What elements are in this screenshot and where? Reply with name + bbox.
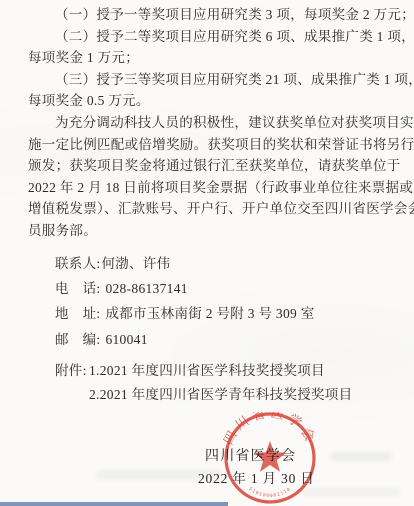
document-body: （一）授予一等奖项目应用研究类 3 项，每项奖金 2 万元； （二）授予二等奖项…	[28, 4, 390, 407]
body-line: 施一定比例匹配或倍增奖励。获奖项目的奖状和荣誉证书将另行	[28, 134, 390, 156]
document-page: （一）授予一等奖项目应用研究类 3 项，每项奖金 2 万元； （二）授予二等奖项…	[0, 0, 414, 506]
body-line: （一）授予一等奖项目应用研究类 3 项，每项奖金 2 万元；	[28, 4, 390, 26]
contact-row-address: 地 址:成都市玉林南街 2 号附 3 号 309 室	[55, 301, 390, 326]
contact-label: 联系人:	[55, 256, 100, 271]
body-line: 增值税发票）、汇款账号、开户行、开户单位交至四川省医学会会	[28, 198, 390, 220]
contact-block: 联系人:何渤、许伟 电 话:028-86137141 地 址:成都市玉林南街 2…	[55, 251, 390, 353]
seal-stamp: 四川省医学会 510100002110	[223, 412, 317, 506]
attachments-label: 附件:	[55, 359, 89, 383]
attachment-row: 附件: 1.2021 年度四川省医学科技奖授奖项目	[55, 359, 390, 383]
contact-label: 地 址:	[55, 306, 100, 321]
contact-row-person: 联系人:何渤、许伟	[55, 251, 390, 276]
bottom-edge-bar	[0, 502, 228, 506]
contact-label: 电 话:	[55, 281, 100, 296]
attachments-block: 附件: 1.2021 年度四川省医学科技奖授奖项目 2.2021 年度四川省医学…	[55, 359, 390, 407]
body-line: 每项奖金 0.5 万元。	[28, 90, 390, 112]
body-line: 员服务部。	[28, 220, 390, 242]
body-line: （三）授予三等奖项目应用研究类 21 项、成果推广类 1 项，	[28, 69, 390, 91]
scan-smudge	[330, 452, 392, 461]
contact-row-zipcode: 邮 编:610041	[55, 327, 390, 352]
contact-value: 成都市玉林南街 2 号附 3 号 309 室	[105, 306, 314, 321]
contact-value: 610041	[105, 332, 147, 347]
body-line: 2022 年 2 月 18 日前将项目奖金票据（行政事业单位往来票据或	[28, 177, 390, 199]
contact-label: 邮 编:	[55, 332, 100, 347]
attachments-label-spacer	[55, 383, 89, 407]
attachment-item: 2.2021 年度四川省医学青年科技奖授奖项目	[89, 383, 352, 407]
body-line: 为充分调动科技人员的积极性，建议获奖单位对获奖项目实	[28, 112, 390, 134]
attachment-item: 1.2021 年度四川省医学科技奖授奖项目	[89, 359, 325, 383]
seal-serial: 510100002110	[248, 486, 293, 499]
contact-row-phone: 电 话:028-86137141	[55, 276, 390, 301]
contact-value: 何渤、许伟	[101, 256, 170, 271]
seal-star-icon	[254, 441, 286, 472]
body-line: 每项奖金 1 万元；	[28, 47, 390, 69]
attachment-row: 2.2021 年度四川省医学青年科技奖授奖项目	[55, 383, 390, 407]
contact-value: 028-86137141	[105, 281, 187, 296]
body-line: 颁发；获奖项目奖金将通过银行汇至获奖单位，请获奖单位于	[28, 155, 390, 177]
body-line: （二）授予二等奖项目应用研究类 6 项、成果推广类 1 项，	[28, 26, 390, 48]
